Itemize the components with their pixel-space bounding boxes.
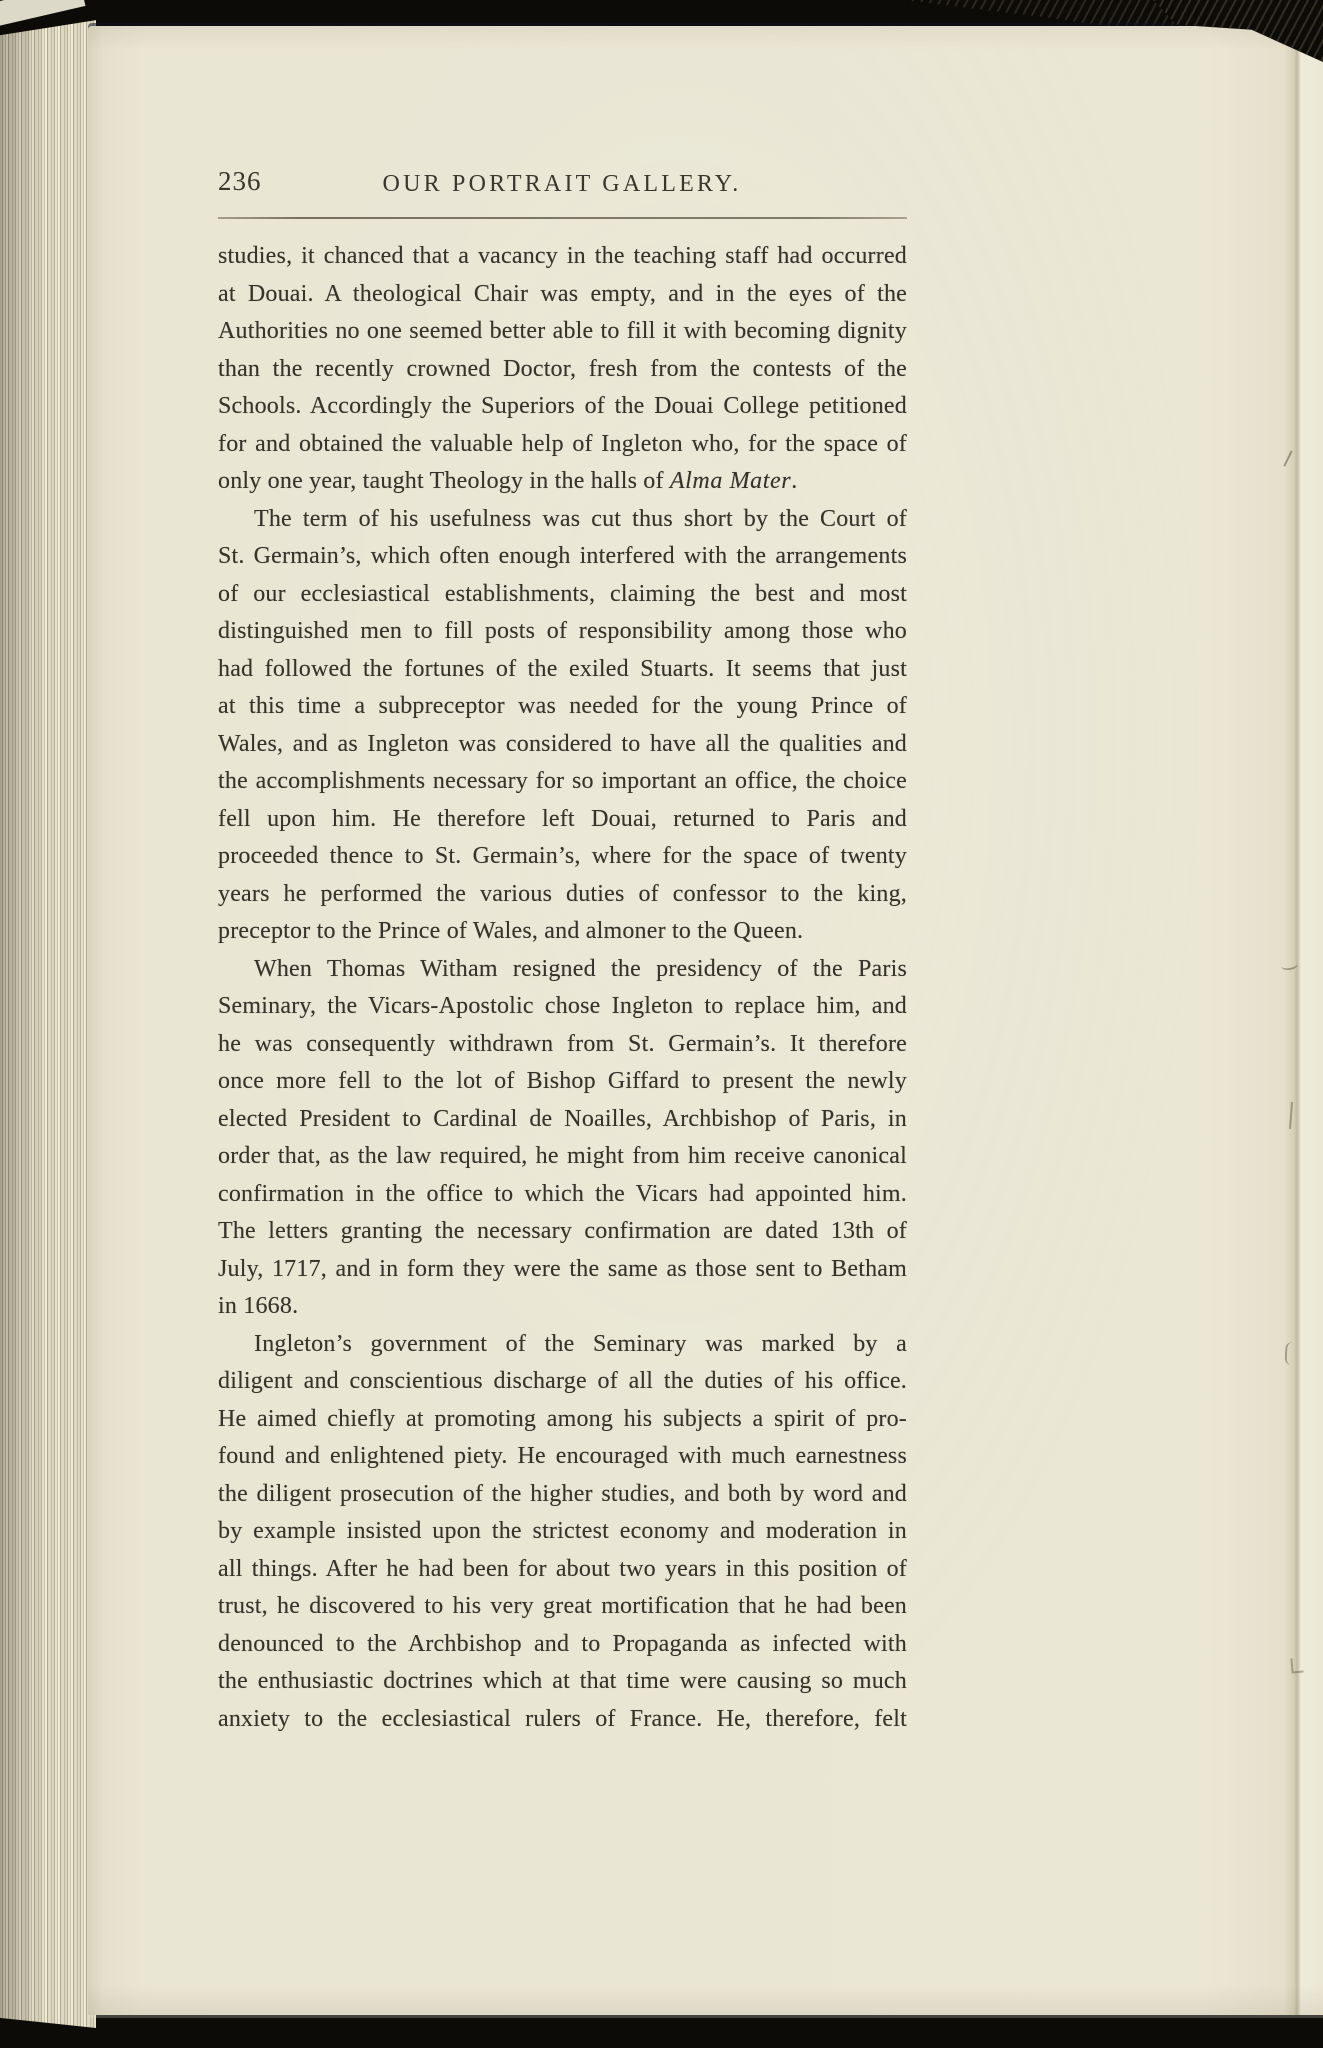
text-segment: had followed the fortunes of the exiled … — [218, 656, 907, 682]
text-line: years he performed the various duties of… — [218, 876, 907, 914]
paragraph: The term of his usefulness was cut thus … — [218, 501, 907, 951]
text-line: by example insisted upon the strictest e… — [218, 1513, 907, 1551]
header-rule — [218, 217, 907, 219]
text-line: all things. After he had been for about … — [218, 1551, 907, 1589]
margin-mark — [1284, 1342, 1296, 1366]
text-segment: Authorities no one seemed better able to… — [218, 318, 907, 344]
italic-text: Alma Mater — [670, 468, 791, 494]
text-segment: studies, it chanced that a vacancy in th… — [218, 243, 907, 269]
stacked-page-edges — [0, 13, 96, 2033]
text-segment: preceptor to the Prince of Wales, and al… — [218, 918, 803, 944]
text-segment: Seminary, the Vicars-Apostolic chose Ing… — [218, 993, 907, 1019]
paragraph: studies, it chanced that a vacancy in th… — [218, 238, 907, 501]
text-line: fell upon him. He therefore left Douai, … — [218, 801, 907, 839]
text-segment: all things. After he had been for about … — [218, 1556, 907, 1582]
paragraph: When Thomas Witham resigned the presiden… — [218, 951, 907, 1326]
page-header: 236 OUR PORTRAIT GALLERY. — [218, 162, 906, 202]
text-segment: in 1668. — [218, 1293, 298, 1319]
text-segment: elected President to Cardinal de Noaille… — [218, 1106, 907, 1132]
text-segment: The term of his usefulness was cut thus … — [254, 506, 907, 532]
text-line: He aimed chiefly at promoting among his … — [218, 1401, 907, 1439]
text-segment: diligent and conscientious discharge of … — [218, 1368, 907, 1394]
text-line: trust, he discovered to his very great m… — [218, 1588, 907, 1626]
text-line: once more fell to the lot of Bishop Giff… — [218, 1063, 907, 1101]
text-line: the accomplishments necessary for so imp… — [218, 763, 907, 801]
text-segment: St. Germain’s, which often enough interf… — [218, 543, 907, 569]
text-line: anxiety to the ecclesiastical rulers of … — [218, 1701, 907, 1739]
text-segment: than the recently crowned Doctor, fresh … — [218, 356, 907, 382]
text-segment: confirmation in the office to which the … — [218, 1181, 907, 1207]
text-line: in 1668. — [218, 1288, 907, 1326]
text-segment: proceeded thence to St. Germain’s, where… — [218, 843, 907, 869]
text-segment: Ingleton’s government of the Seminary wa… — [254, 1331, 907, 1357]
text-segment: Wales, and as Ingleton was considered to… — [218, 731, 907, 757]
text-segment: by example insisted upon the strictest e… — [218, 1518, 907, 1544]
text-segment: When Thomas Witham resigned the presiden… — [254, 956, 907, 982]
corner-page-sliver — [0, 0, 85, 27]
text-block: studies, it chanced that a vacancy in th… — [218, 238, 907, 1738]
text-segment: the accomplishments necessary for so imp… — [218, 768, 907, 794]
text-segment: The letters granting the necessary confi… — [218, 1218, 907, 1244]
text-line: When Thomas Witham resigned the presiden… — [218, 951, 907, 989]
text-segment: Schools. Accordingly the Superiors of th… — [218, 393, 907, 419]
text-line: Authorities no one seemed better able to… — [218, 313, 907, 351]
text-line: for and obtained the valuable help of In… — [218, 426, 907, 464]
margin-mark — [1289, 1102, 1293, 1129]
text-segment: anxiety to the ecclesiastical rulers of … — [218, 1706, 907, 1732]
margin-mark — [1283, 450, 1292, 466]
text-line: found and enlightened piety. He encourag… — [218, 1438, 907, 1476]
text-line: at this time a subpreceptor was needed f… — [218, 688, 907, 726]
text-segment: distinguished men to fill posts of respo… — [218, 618, 907, 644]
text-line: of our ecclesiastical establishments, cl… — [218, 576, 907, 614]
margin-mark — [1280, 959, 1298, 972]
text-line: studies, it chanced that a vacancy in th… — [218, 238, 907, 276]
text-segment: only one year, taught Theology in the ha… — [218, 468, 670, 494]
text-line: Seminary, the Vicars-Apostolic chose Ing… — [218, 988, 907, 1026]
book-page: 236 OUR PORTRAIT GALLERY. studies, it ch… — [88, 26, 1323, 2015]
text-segment: order that, as the law required, he migh… — [218, 1143, 907, 1169]
text-line: than the recently crowned Doctor, fresh … — [218, 351, 907, 389]
text-line: distinguished men to fill posts of respo… — [218, 613, 907, 651]
text-segment: denounced to the Archbishop and to Propa… — [218, 1631, 907, 1657]
text-line: order that, as the law required, he migh… — [218, 1138, 907, 1176]
margin-mark — [1290, 1658, 1303, 1674]
text-line: diligent and conscientious discharge of … — [218, 1363, 907, 1401]
text-segment: years he performed the various duties of… — [218, 881, 907, 907]
text-line: proceeded thence to St. Germain’s, where… — [218, 838, 907, 876]
text-line: The letters granting the necessary confi… — [218, 1213, 907, 1251]
text-line: denounced to the Archbishop and to Propa… — [218, 1626, 907, 1664]
text-segment: trust, he discovered to his very great m… — [218, 1593, 907, 1619]
text-line: Schools. Accordingly the Superiors of th… — [218, 388, 907, 426]
text-segment: he was consequently withdrawn from St. G… — [218, 1031, 907, 1057]
text-segment: at Douai. A theological Chair was empty,… — [218, 281, 907, 307]
text-line: had followed the fortunes of the exiled … — [218, 651, 907, 689]
page-number: 236 — [218, 164, 262, 198]
text-segment: . — [791, 468, 797, 494]
text-line: confirmation in the office to which the … — [218, 1176, 907, 1214]
text-line: St. Germain’s, which often enough interf… — [218, 538, 907, 576]
text-line: the enthusiastic doctrines which at that… — [218, 1663, 907, 1701]
text-segment: once more fell to the lot of Bishop Giff… — [218, 1068, 907, 1094]
text-line: July, 1717, and in form they were the sa… — [218, 1251, 907, 1289]
text-segment: for and obtained the valuable help of In… — [218, 431, 907, 457]
text-line: elected President to Cardinal de Noaille… — [218, 1101, 907, 1139]
running-title: OUR PORTRAIT GALLERY. — [383, 167, 742, 201]
text-segment: July, 1717, and in form they were the sa… — [218, 1256, 907, 1282]
text-segment: He aimed chiefly at promoting among his … — [218, 1406, 907, 1432]
text-segment: the diligent prosecution of the higher s… — [218, 1481, 907, 1507]
text-line: The term of his usefulness was cut thus … — [218, 501, 907, 539]
text-line: at Douai. A theological Chair was empty,… — [218, 276, 907, 314]
paragraph: Ingleton’s government of the Seminary wa… — [218, 1326, 907, 1739]
text-line: the diligent prosecution of the higher s… — [218, 1476, 907, 1514]
text-line: Wales, and as Ingleton was considered to… — [218, 726, 907, 764]
text-segment: found and enlightened piety. He encourag… — [218, 1443, 907, 1469]
text-line: Ingleton’s government of the Seminary wa… — [218, 1326, 907, 1364]
text-line: he was consequently withdrawn from St. G… — [218, 1026, 907, 1064]
text-segment: of our ecclesiastical establishments, cl… — [218, 581, 907, 607]
scanned-book-photo: 236 OUR PORTRAIT GALLERY. studies, it ch… — [0, 0, 1323, 2048]
text-segment: fell upon him. He therefore left Douai, … — [218, 806, 907, 832]
text-line: only one year, taught Theology in the ha… — [218, 463, 907, 501]
text-segment: at this time a subpreceptor was needed f… — [218, 693, 907, 719]
text-line: preceptor to the Prince of Wales, and al… — [218, 913, 907, 951]
text-segment: the enthusiastic doctrines which at that… — [218, 1668, 907, 1694]
